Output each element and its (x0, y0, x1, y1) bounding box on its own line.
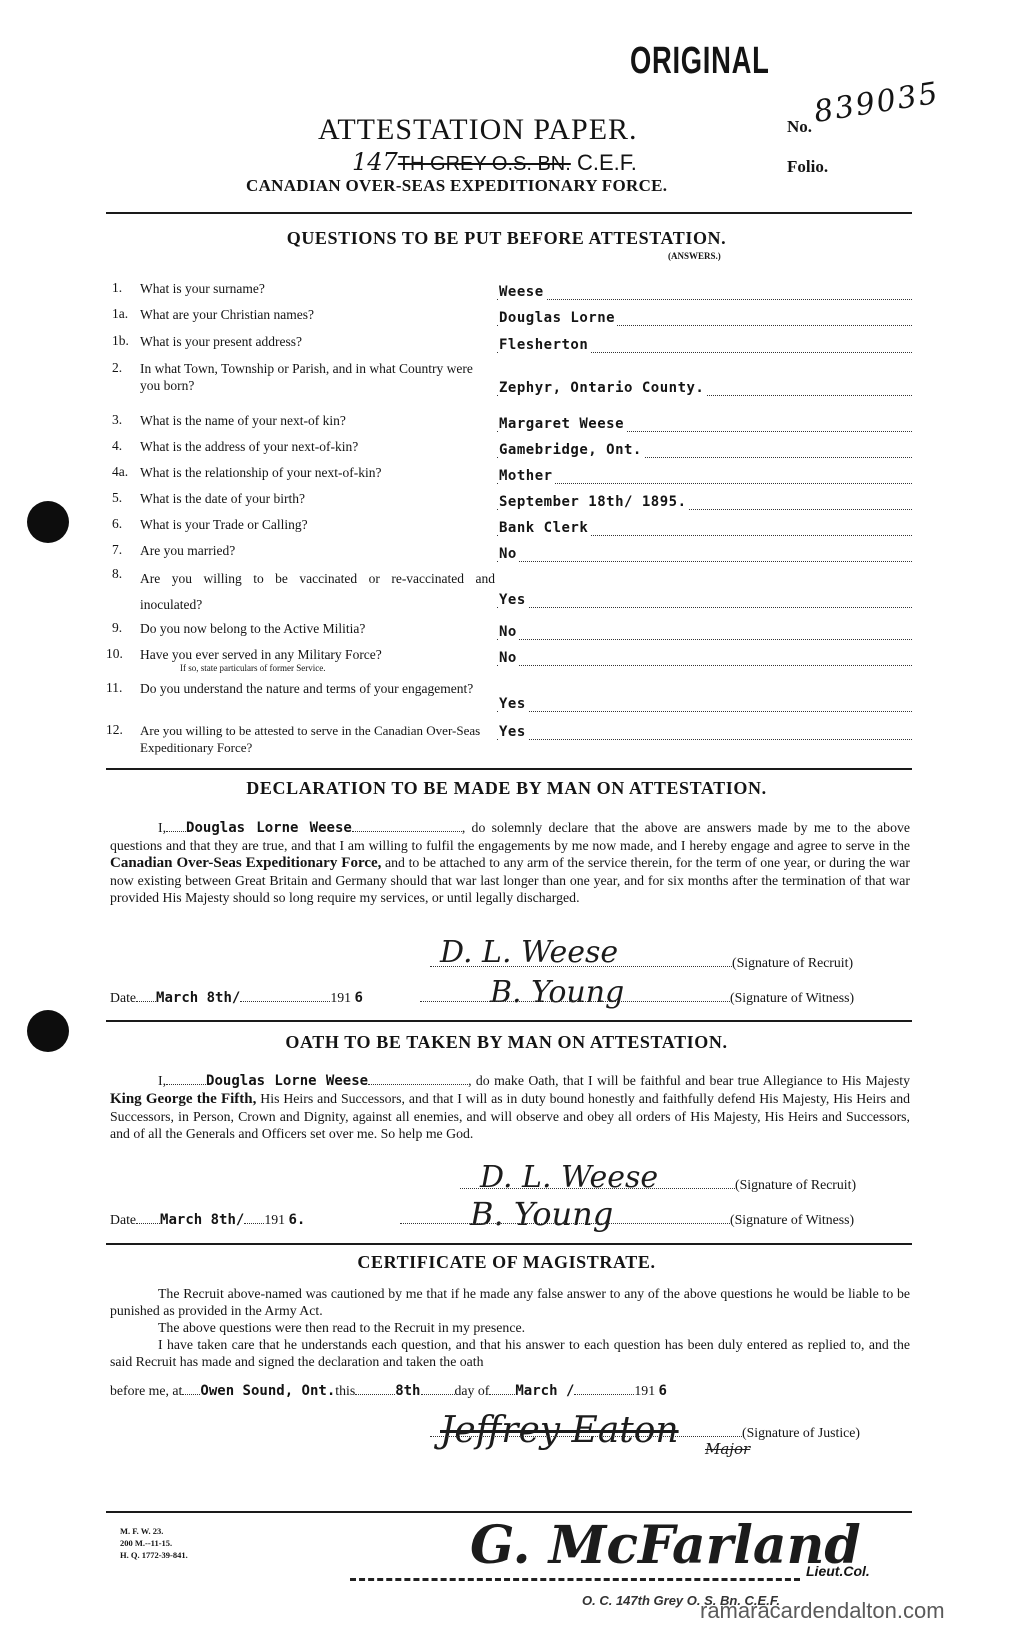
unit-struck-text: TH GREY O.S. BN. (398, 153, 571, 175)
answer-kin-relationship: Mother (499, 468, 555, 484)
answer-understand-terms: Yes (499, 696, 528, 712)
answer-kin-address: Gamebridge, Ont. (499, 442, 644, 458)
question-row: 6. What is your Trade or Calling? Bank C… (112, 516, 912, 538)
magistrate-title: CERTIFICATE OF MAGISTRATE. (0, 1252, 1013, 1273)
declaration-date-line: DateMarch 8th/191 6 (110, 990, 363, 1006)
question-row: 4. What is the address of your next-of-k… (112, 438, 912, 460)
page-title: ATTESTATION PAPER. (318, 113, 638, 147)
question-text: In what Town, Township or Parish, and in… (140, 360, 495, 394)
question-row: 1a. What are your Christian names? Dougl… (112, 306, 912, 328)
magistrate-place: Owen Sound, Ont. (200, 1383, 335, 1399)
force-name: CANADIAN OVER-SEAS EXPEDITIONARY FORCE. (246, 176, 667, 196)
oath-date: March 8th/ (160, 1212, 244, 1228)
divider (106, 768, 912, 770)
question-row: 7. Are you married? No (112, 542, 912, 564)
declaration-witness-signature-line: (Signature of Witness) (420, 990, 854, 1006)
questions-title: QUESTIONS TO BE PUT BEFORE ATTESTATION. (0, 228, 1013, 249)
question-text: Are you willing to be vaccinated or re-v… (140, 566, 495, 618)
question-row: 1. What is your surname? Weese (112, 280, 912, 302)
declaration-title: DECLARATION TO BE MADE BY MAN ON ATTESTA… (0, 778, 1013, 799)
question-row: 3. What is the name of your next-of kin?… (112, 412, 912, 434)
question-row: 12. Are you willing to be attested to se… (112, 722, 912, 748)
oath-recruit-signature-line: (Signature of Recruit) (460, 1177, 856, 1193)
question-row: 10. Have you ever served in any Military… (112, 646, 912, 668)
oath-title: OATH TO BE TAKEN BY MAN ON ATTESTATION. (0, 1032, 1013, 1053)
declaration-recruit-signature-line: (Signature of Recruit) (430, 955, 853, 971)
question-row: 8. Are you willing to be vaccinated or r… (112, 566, 912, 610)
answer-christian-names: Douglas Lorne (499, 310, 617, 326)
question-row: 1b. What is your present address? Fleshe… (112, 333, 912, 355)
question-text: Are you married? (140, 542, 595, 559)
answers-header: (ANSWERS.) (668, 251, 721, 261)
regimental-no-value: 839035 (812, 76, 942, 130)
question-row: 5. What is the date of your birth? Septe… (112, 490, 912, 512)
answer-address: Flesherton (499, 337, 590, 353)
answer-next-of-kin: Margaret Weese (499, 416, 626, 432)
magistrate-month: March / (515, 1383, 574, 1399)
question-row: 11. Do you understand the nature and ter… (112, 680, 912, 714)
oath-name: Douglas Lorne Weese (206, 1073, 368, 1089)
divider (106, 1511, 912, 1513)
unit-designation: 147TH GREY O.S. BN. C.E.F. (352, 148, 637, 176)
original-stamp: ORIGINAL (630, 40, 770, 83)
oath-witness-signature-line: (Signature of Witness) (400, 1212, 854, 1228)
declaration-text: I,Douglas Lorne Weese, do solemnly decla… (110, 819, 910, 906)
punch-hole-top (27, 501, 69, 543)
question-text: Are you willing to be attested to serve … (140, 722, 485, 756)
answer-surname: Weese (499, 284, 546, 300)
watermark: ramaracardendalton.com (700, 1598, 945, 1624)
magistrate-day: 8th (395, 1383, 420, 1399)
oath-text: I,Douglas Lorne Weese, do make Oath, tha… (110, 1072, 910, 1142)
unit-suffix: C.E.F. (577, 150, 637, 175)
magistrate-place-date-line: before me, atOwen Sound, Ont.this8thday … (110, 1383, 667, 1399)
question-text: Have you ever served in any Military For… (140, 646, 595, 673)
question-row: 4a. What is the relationship of your nex… (112, 464, 912, 486)
question-row: 2. In what Town, Township or Parish, and… (112, 360, 912, 398)
answer-military-force: No (499, 650, 519, 666)
magistrate-text: The Recruit above-named was cautioned by… (110, 1285, 910, 1370)
form-codes: M. F. W. 23. 200 M.--11-15. H. Q. 1772-3… (120, 1525, 188, 1561)
commanding-officer-signature-line (350, 1578, 800, 1581)
divider (106, 1020, 912, 1022)
regimental-no-label: No. (787, 117, 812, 137)
answer-birth-date: September 18th/ 1895. (499, 494, 689, 510)
answer-trade: Bank Clerk (499, 520, 590, 536)
declaration-name: Douglas Lorne Weese (186, 820, 352, 836)
declaration-date: March 8th/ (156, 990, 240, 1006)
question-row: 9. Do you now belong to the Active Milit… (112, 620, 912, 642)
divider (106, 212, 912, 214)
question-text: Do you now belong to the Active Militia? (140, 620, 595, 637)
justice-title: Major (705, 1440, 750, 1458)
answer-married: No (499, 546, 519, 562)
justice-signature-line: (Signature of Justice) (430, 1425, 860, 1441)
divider (106, 1243, 912, 1245)
answer-willing-to-attest: Yes (499, 724, 528, 740)
commanding-officer-signature: G. McFarland (470, 1515, 861, 1576)
folio-label: Folio. (787, 157, 828, 177)
unit-number: 147 (352, 148, 398, 176)
answer-birthplace: Zephyr, Ontario County. (499, 380, 706, 396)
question-text: Do you understand the nature and terms o… (140, 680, 495, 697)
oath-date-line: DateMarch 8th/191 6. (110, 1212, 305, 1228)
answer-vaccinated: Yes (499, 592, 528, 608)
answer-active-militia: No (499, 624, 519, 640)
commanding-officer-rank: Lieut.Col. (806, 1563, 870, 1579)
